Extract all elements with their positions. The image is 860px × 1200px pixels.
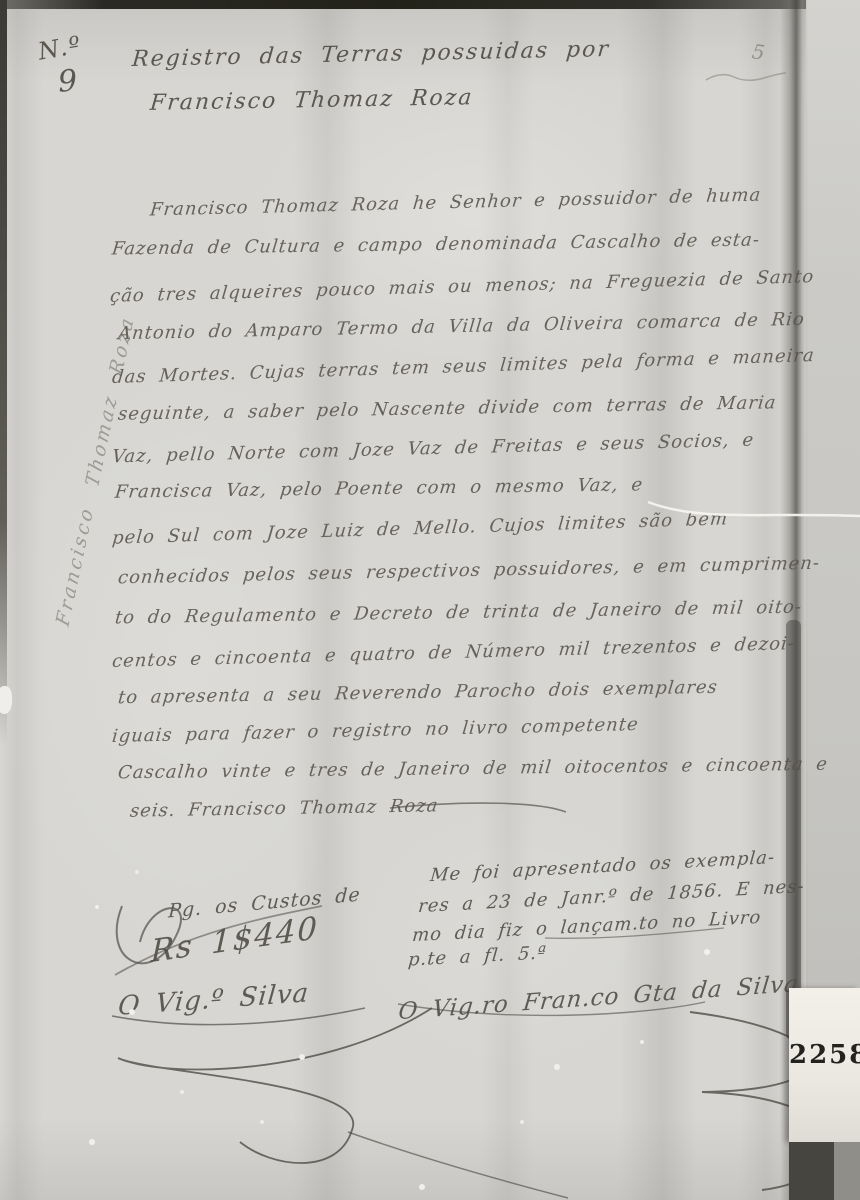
body-line: seguinte, a saber pelo Nascente divide c… xyxy=(117,392,778,425)
record-number-label: N.º xyxy=(36,30,85,65)
handwriting-layer: N.º 9 Registro das Terras possuidas por … xyxy=(0,0,860,1200)
presentation-note-line: p.te a fl. 5.ª xyxy=(407,942,548,970)
record-number: 9 xyxy=(57,63,80,99)
folio-number-note: 5 xyxy=(750,39,767,65)
body-line: Francisca Vaz, pelo Poente com o mesmo V… xyxy=(114,474,644,502)
body-line: das Mortes. Cujas terras tem seus limite… xyxy=(111,345,815,388)
body-line: seis. Francisco Thomaz Roza xyxy=(129,795,440,821)
body-line: Antonio do Amparo Termo da Villa da Oliv… xyxy=(117,309,806,344)
body-line: ção tres alqueires pouco mais ou menos; … xyxy=(109,266,815,307)
body-line: conhecidos pelos seus respectivos possui… xyxy=(117,553,821,589)
body-line: Cascalho vinte e tres de Janeiro de mil … xyxy=(117,754,829,784)
paper-specks xyxy=(95,905,99,909)
body-line: to do Regulamento e Decreto de trinta de… xyxy=(114,597,803,629)
body-line: pelo Sul com Joze Luiz de Mello. Cujos l… xyxy=(111,508,729,548)
body-line: iguais para fazer o registro no livro co… xyxy=(111,714,640,747)
vicar-signature-left: O Vig.º Silva xyxy=(117,978,310,1022)
body-line: Vaz, pello Norte com Joze Vaz de Freitas… xyxy=(111,430,755,468)
body-line: to apresenta a seu Reverendo Parocho doi… xyxy=(117,677,719,709)
body-line: centos e cincoenta e quatro de Número mi… xyxy=(111,633,796,672)
document-title-line1: Registro das Terras possuidas por xyxy=(131,37,611,72)
document-title-line2: Francisco Thomaz Roza xyxy=(149,85,475,116)
document-scan: N.º 9 Registro das Terras possuidas por … xyxy=(0,0,860,1200)
label-shadow-light xyxy=(834,1142,860,1200)
body-line: Francisco Thomaz Roza he Senhor e possui… xyxy=(149,185,762,221)
archive-number: 2258 xyxy=(789,1040,860,1070)
vicar-signature-right: O Vig.ro Fran.co Gta da Silva xyxy=(397,971,800,1025)
label-shadow-dark xyxy=(789,1142,834,1200)
body-line: Fazenda de Cultura e campo denominada Ca… xyxy=(111,229,761,259)
archive-label: 2258 xyxy=(789,988,860,1142)
